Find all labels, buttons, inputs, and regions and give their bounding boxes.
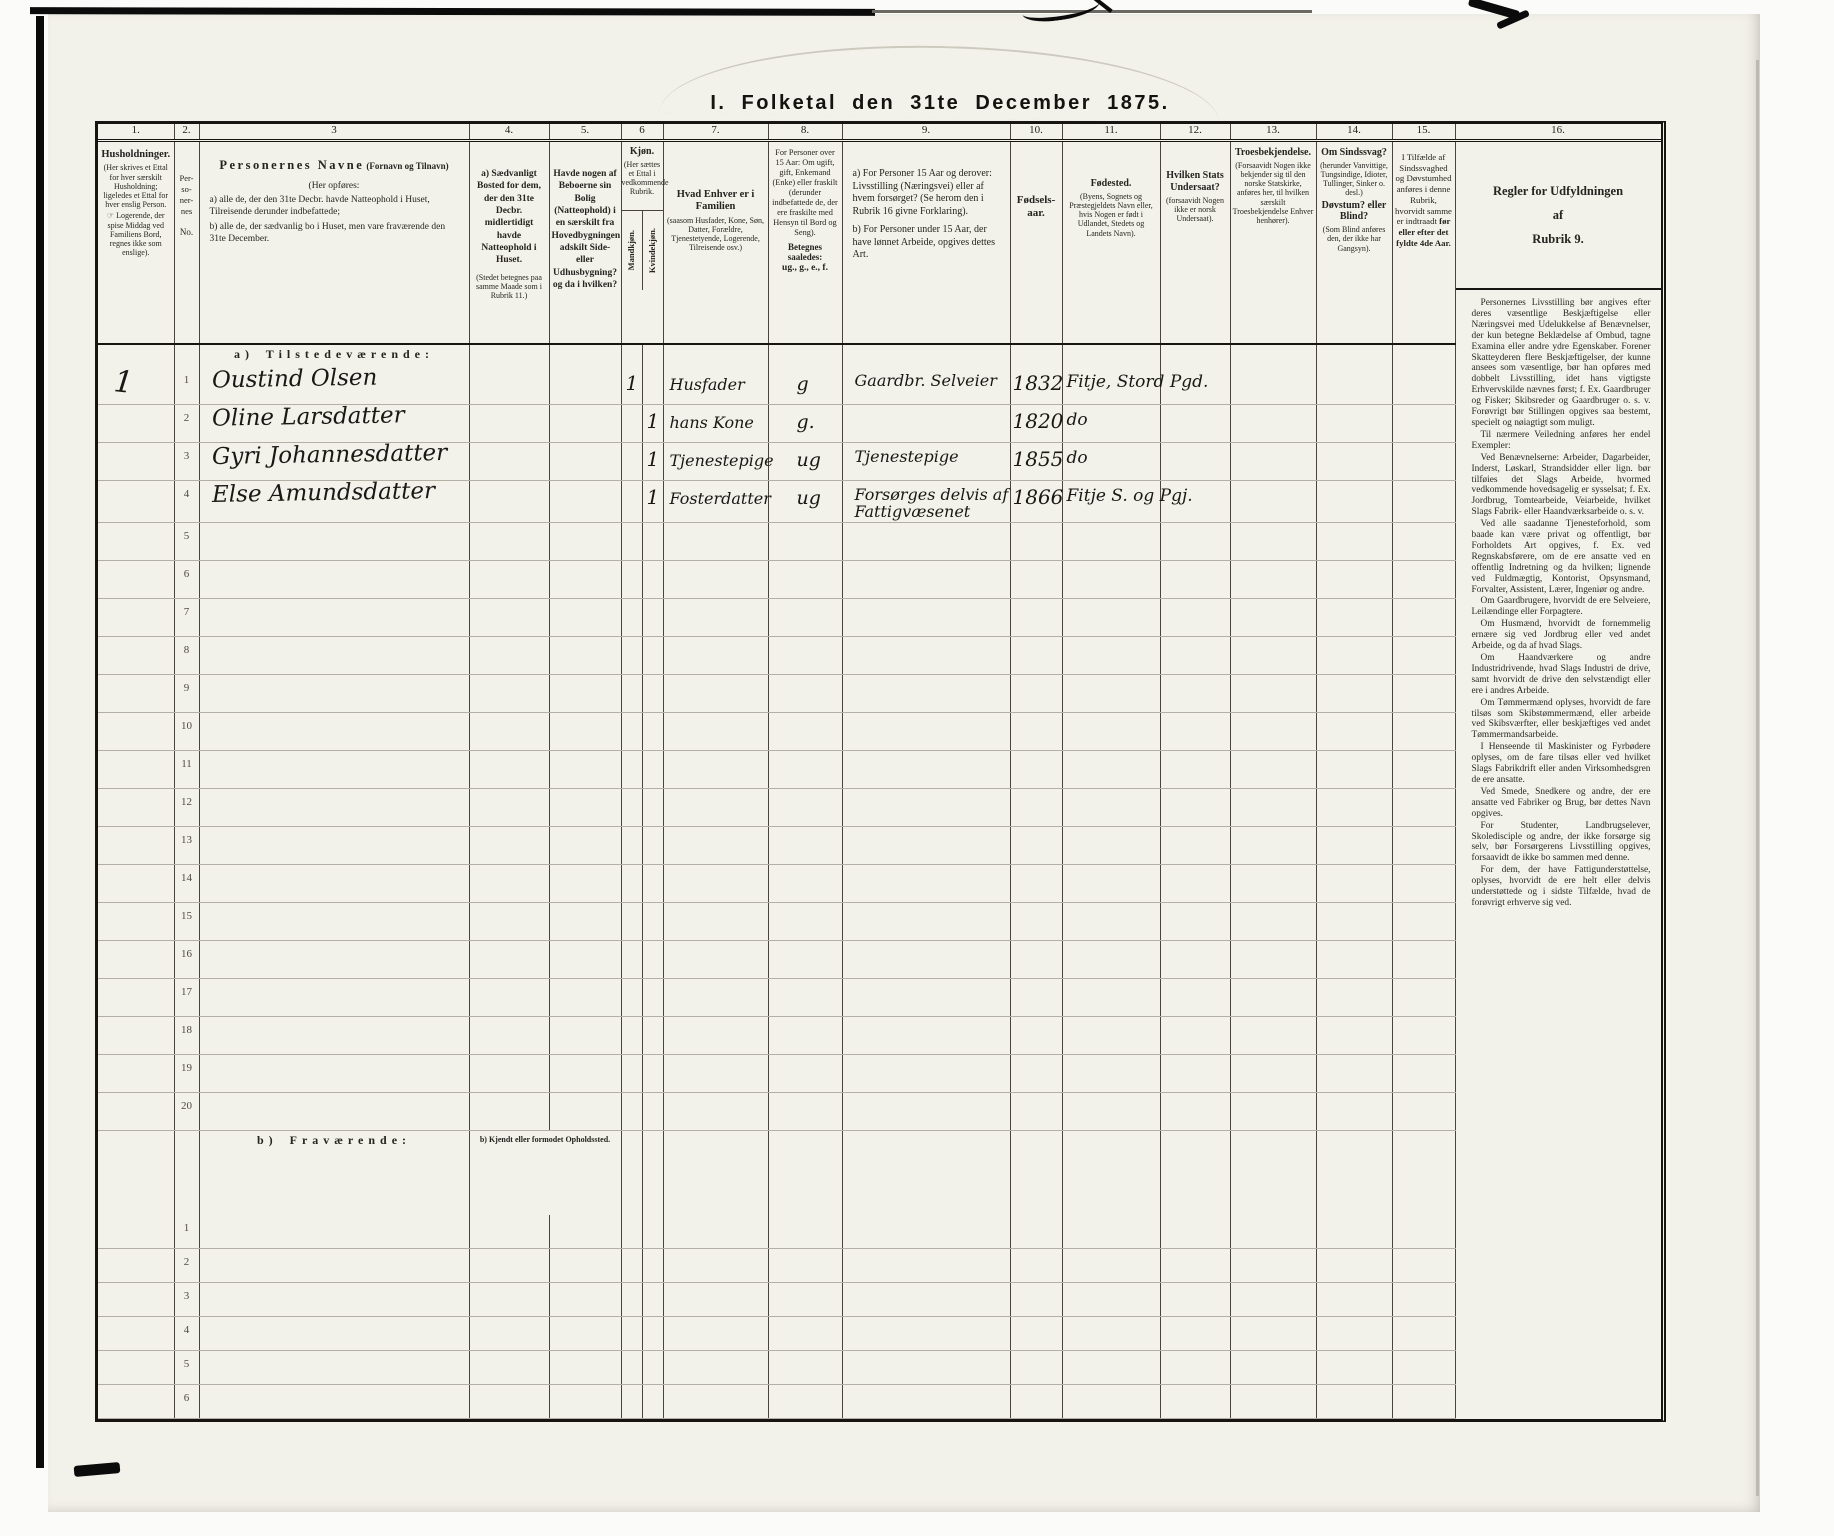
row-number: 2	[175, 1256, 199, 1268]
header-names: Personernes Navne (Fornavn og Tilnavn) (…	[199, 141, 469, 345]
header-outbuilding: Havde nogen af Beboerne sin Bolig (Natte…	[549, 141, 621, 345]
table-row: 2Oline Larsdatter1hans Koneg.1820do	[98, 405, 1455, 443]
usual-residence-note: (Stedet betegnes paa samme Maade som i R…	[472, 273, 547, 301]
handwritten-family: Husfader	[670, 375, 745, 394]
col-number-9: 9.	[842, 124, 1010, 141]
households-note2: Logerende, der spise Middag ved Familien…	[108, 211, 165, 257]
rules-title: Regler for Udfyldningen	[1493, 184, 1623, 199]
row-number: 10	[175, 720, 199, 732]
sex-title: Kjøn.	[622, 146, 663, 158]
table-row: 3Gyri Johannesdatter1TjenestepigeugTjene…	[98, 443, 1455, 481]
rules-rubrik: Rubrik 9.	[1532, 232, 1583, 247]
row-number: 9	[175, 682, 199, 694]
col-number-6: 6	[621, 124, 663, 141]
rules-paragraph: Om Gaardbrugere, hvorvidt de ere Selveie…	[1472, 596, 1651, 618]
row-number: 16	[175, 948, 199, 960]
table-row: 13	[98, 826, 1455, 864]
rules-paragraph: Om Husmænd, hvorvidt de fornemmelig ernæ…	[1472, 619, 1651, 652]
rules-paragraph: For dem, der have Fattigunderstøttelse, …	[1472, 865, 1651, 909]
person-no-label: No.	[180, 227, 193, 238]
row-number: 15	[175, 910, 199, 922]
table-row: 10	[98, 712, 1455, 750]
names-subtitle: (Fornavn og Tilnavn)	[366, 161, 448, 171]
birth-year-line1: Fødsels-	[1013, 194, 1060, 207]
handwritten-family: Fosterdatter	[670, 489, 771, 508]
table-row: 8	[98, 636, 1455, 674]
handwritten-livelihood: Tjenestepige	[855, 449, 959, 466]
header-marital-status: For Personer over 15 Aar: Om ugift, gift…	[768, 141, 842, 345]
header-households: Husholdninger. (Her skrives et Ettal for…	[98, 141, 174, 345]
table-row: 5	[98, 1350, 1455, 1384]
pointing-hand-icon: ☞	[107, 211, 114, 220]
onset-text: I Tilfælde af Sindssvaghed og Døvstumhed…	[1395, 152, 1452, 226]
citizenship-note: (forsaavidt Nogen ikke er norsk Undersaa…	[1163, 196, 1228, 224]
table-row: 20	[98, 1092, 1455, 1130]
faith-note: (Forsaavidt Nogen ikke bekjender sig til…	[1233, 161, 1314, 225]
handwritten-birthplace: do	[1067, 410, 1088, 430]
handwritten-family: Tjenestepige	[670, 451, 774, 470]
rules-paragraph: Personernes Livsstilling bør angives eft…	[1472, 298, 1651, 429]
usual-residence-text: a) Sædvanligt Bosted for dem, der den 31…	[472, 168, 547, 267]
header-citizenship: Hvilken Stats Undersaat? (forsaavidt Nog…	[1160, 141, 1230, 345]
row-number: 5	[175, 1358, 199, 1370]
row-number: 4	[175, 488, 199, 500]
col-number-2: 2.	[174, 124, 199, 141]
table-row: 7	[98, 598, 1455, 636]
handwritten-born: 1866	[1013, 485, 1064, 509]
row-number: 3	[175, 1290, 199, 1302]
header-onset: I Tilfælde af Sindssvaghed og Døvstumhed…	[1392, 141, 1455, 345]
header-person-number: Per- so- ner- nes No.	[174, 141, 199, 345]
handwritten-born: 1855	[1013, 447, 1064, 471]
row-number: 3	[175, 450, 199, 462]
row-number: 6	[175, 568, 199, 580]
handwritten-status: g	[797, 373, 809, 395]
table-row: 19	[98, 1054, 1455, 1092]
handwritten-name: Gyri Johannesdatter	[211, 442, 447, 469]
col-number-7: 7.	[663, 124, 768, 141]
census-grid: 1. 2. 3 4. 5. 6 7. 8. 9. 10. 11. 12. 13.…	[98, 124, 1456, 1419]
households-title: Husholdninger.	[100, 149, 172, 161]
section-a-label-cell: a) Tilstedeværende:	[199, 344, 469, 367]
row-number: 1	[175, 374, 199, 386]
section-b-header-row: b) Fraværende: b) Kjendt eller formodet …	[98, 1130, 1455, 1215]
rules-paragraph: Om Tømmermænd oplyses, hvorvidt de fare …	[1472, 698, 1651, 742]
row-number: 1	[175, 1222, 199, 1234]
table-row: 11	[98, 750, 1455, 788]
col-number-16: 16.	[1456, 124, 1661, 142]
handwritten-female: 1	[647, 447, 660, 471]
row-number: 7	[175, 606, 199, 618]
table-row: 14	[98, 864, 1455, 902]
handwritten-livelihood: Gaardbr. Selveier	[855, 373, 997, 390]
handwritten-birthplace: do	[1067, 448, 1088, 468]
header-faith: Troesbekjendelse. (Forsaavidt Nogen ikke…	[1230, 141, 1316, 345]
paper-edge-line	[1756, 60, 1759, 1496]
handwritten-status: g.	[797, 411, 815, 433]
person-no-line: so-	[181, 184, 191, 194]
row-number: 4	[175, 1324, 199, 1336]
header-usual-residence: a) Sædvanligt Bosted for dem, der den 31…	[469, 141, 549, 345]
header-family-position: Hvad Enhver er i Familien (saasom Husfad…	[663, 141, 768, 345]
table-row: 2	[98, 1248, 1455, 1282]
handwritten-name: Oustind Olsen	[211, 367, 377, 393]
family-position-title: Hvad Enhver er i Familien	[666, 189, 766, 214]
names-item-b: b) alle de, der sædvanlig bo i Huset, me…	[210, 222, 461, 246]
birthplace-title: Fødested.	[1065, 178, 1158, 190]
disability-note2: (Som Blind anføres den, der ikke har Gan…	[1319, 225, 1390, 253]
rules-header: Regler for Udfyldningen af Rubrik 9.	[1456, 142, 1661, 290]
occupation-item-b: b) For Personer under 15 Aar, der have l…	[853, 224, 1004, 262]
handwritten-male: 1	[626, 371, 639, 395]
sex-note: (Her sættes et Ettal i vedkommende Rubri…	[622, 160, 663, 197]
table-row: 6	[98, 1384, 1455, 1418]
row-number: 8	[175, 644, 199, 656]
col-number-3: 3	[199, 124, 469, 141]
rules-paragraph: Ved Smede, Snedkere og andre, der ere an…	[1472, 787, 1651, 820]
scan-edge-artifact	[36, 16, 44, 1468]
handwritten-name: Else Amundsdatter	[211, 480, 434, 507]
table-row: 15	[98, 902, 1455, 940]
row-number: 13	[175, 834, 199, 846]
disability-title: Om Sindssvag?	[1319, 147, 1390, 159]
col-number-13: 13.	[1230, 124, 1316, 141]
outbuilding-text: Havde nogen af Beboerne sin Bolig (Natte…	[552, 168, 619, 291]
table-row: 18	[98, 1016, 1455, 1054]
rules-paragraph: I Henseende til Maskinister og Fyrbødere…	[1472, 742, 1651, 786]
scanned-census-page: 3, I. Folketal den 31te December 1875. 1…	[0, 0, 1834, 1536]
table-row: 11Oustind Olsen1HusfadergGaardbr. Selvei…	[98, 367, 1455, 405]
col-number-5: 5.	[549, 124, 621, 141]
person-no-line: ner-	[180, 195, 194, 205]
names-intro: (Her opføres:	[202, 181, 467, 192]
disability-title2: Døvstum? eller Blind?	[1319, 200, 1390, 224]
row-number: 14	[175, 872, 199, 884]
handwritten-born: 1832	[1013, 371, 1064, 395]
col-number-4: 4.	[469, 124, 549, 141]
table-row: 9	[98, 674, 1455, 712]
census-table: 1. 2. 3 4. 5. 6 7. 8. 9. 10. 11. 12. 13.…	[95, 121, 1666, 1422]
col-number-12: 12.	[1160, 124, 1230, 141]
citizenship-title: Hvilken Stats Undersaat?	[1163, 170, 1228, 194]
section-a-label: a) Tilstedeværende:	[234, 347, 434, 361]
table-row: 5	[98, 522, 1455, 560]
handwritten-status: ug	[797, 487, 821, 509]
female-column-label: Kvindekjøn.	[647, 228, 657, 273]
header-occupation: a) For Personer 15 Aar og derover: Livss…	[842, 141, 1010, 345]
col-number-10: 10.	[1010, 124, 1062, 141]
family-position-note: (saasom Husfader, Kone, Søn, Datter, For…	[666, 216, 766, 253]
row-number: 19	[175, 1062, 199, 1074]
rules-column: 16. Regler for Udfyldningen af Rubrik 9.…	[1456, 124, 1661, 1419]
table-row: 6	[98, 560, 1455, 598]
column-header-row: Husholdninger. (Her skrives et Ettal for…	[98, 141, 1455, 345]
rules-paragraph: Til nærmere Veiledning anføres her endel…	[1472, 430, 1651, 452]
faith-title: Troesbekjendelse.	[1233, 147, 1314, 159]
names-item-a: a) alle de, der den 31te Decbr. havde Na…	[210, 195, 461, 219]
rules-paragraph: For Studenter, Landbrugselever, Skoledis…	[1472, 821, 1651, 865]
col-number-14: 14.	[1316, 124, 1392, 141]
row-number: 11	[175, 758, 199, 770]
col-number-1: 1.	[98, 124, 174, 141]
header-birth-year: Fødsels- aar.	[1010, 141, 1062, 345]
occupation-item-a: a) For Personer 15 Aar og derover: Livss…	[853, 168, 1004, 218]
table-row: 4Else Amundsdatter1FosterdatterugForsørg…	[98, 481, 1455, 523]
header-sex: Kjøn. (Her sættes et Ettal i vedkommende…	[621, 141, 663, 345]
names-title: Personernes Navne	[219, 158, 364, 172]
marital-status-codes: ug., g., e., f.	[771, 263, 840, 274]
handwritten-family: hans Kone	[670, 413, 754, 432]
col-number-8: 8.	[768, 124, 842, 141]
section-a-header-row: a) Tilstedeværende:	[98, 344, 1455, 367]
birthplace-note: (Byens, Sognets og Præstegjeldets Navn e…	[1065, 192, 1158, 238]
handwritten-born: 1820	[1013, 409, 1064, 433]
table-row: 17	[98, 978, 1455, 1016]
handwritten-livelihood: Forsørges delvis af Fattigvæsenet	[855, 487, 1010, 521]
row-number: 12	[175, 796, 199, 808]
households-note: (Her skrives et Ettal for hver særskilt …	[100, 163, 172, 209]
handwritten-status: ug	[797, 449, 821, 471]
col-number-11: 11.	[1062, 124, 1160, 141]
rules-paragraph: Ved alle saadanne Tjenesteforhold, som b…	[1472, 519, 1651, 595]
row-number: 5	[175, 530, 199, 542]
handwritten-household: 1	[112, 364, 135, 401]
rules-paragraph: Ved Benævnelserne: Arbeider, Dagarbeider…	[1472, 453, 1651, 518]
marital-status-note: Betegnes saaledes:	[771, 242, 840, 263]
header-disability: Om Sindssvag? (herunder Vanvittige, Tung…	[1316, 141, 1392, 345]
table-row: 3	[98, 1282, 1455, 1316]
table-row: 16	[98, 940, 1455, 978]
section-b-label-cell: b) Fraværende:	[199, 1130, 469, 1215]
rules-body: Personernes Livsstilling bør angives eft…	[1456, 290, 1661, 1419]
rules-paragraph: Om Haandværkere og andre Industridrivend…	[1472, 653, 1651, 697]
row-number: 17	[175, 986, 199, 998]
disability-note: (herunder Vanvittige, Tungsindige, Idiot…	[1319, 161, 1390, 198]
handwritten-name: Oline Larsdatter	[211, 404, 404, 430]
person-no-line: nes	[181, 206, 192, 216]
table-row: 1	[98, 1215, 1455, 1249]
birth-year-line2: aar.	[1013, 207, 1060, 220]
section-b-note: b) Kjendt eller formodet Opholdssted.	[469, 1130, 621, 1215]
row-number: 18	[175, 1024, 199, 1036]
column-number-row: 1. 2. 3 4. 5. 6 7. 8. 9. 10. 11. 12. 13.…	[98, 124, 1455, 141]
row-number: 20	[175, 1100, 199, 1112]
table-body: a) Tilstedeværende: 11Oustind Olsen1Husf…	[98, 344, 1455, 1418]
table-row: 12	[98, 788, 1455, 826]
section-b-label: b) Fraværende:	[257, 1133, 411, 1147]
row-number: 2	[175, 412, 199, 424]
table-row: 4	[98, 1316, 1455, 1350]
marital-status-text: For Personer over 15 Aar: Om ugift, gift…	[771, 148, 840, 238]
header-birthplace: Fødested. (Byens, Sognets og Præstegjeld…	[1062, 141, 1160, 345]
row-number: 6	[175, 1392, 199, 1404]
page-title: I. Folketal den 31te December 1875.	[610, 92, 1270, 115]
handwritten-female: 1	[647, 485, 660, 509]
person-no-line: Per-	[180, 173, 194, 183]
male-column-label: Mandkjøn.	[626, 230, 636, 270]
handwritten-female: 1	[647, 409, 660, 433]
col-number-15: 15.	[1392, 124, 1455, 141]
rules-of: af	[1553, 208, 1563, 223]
